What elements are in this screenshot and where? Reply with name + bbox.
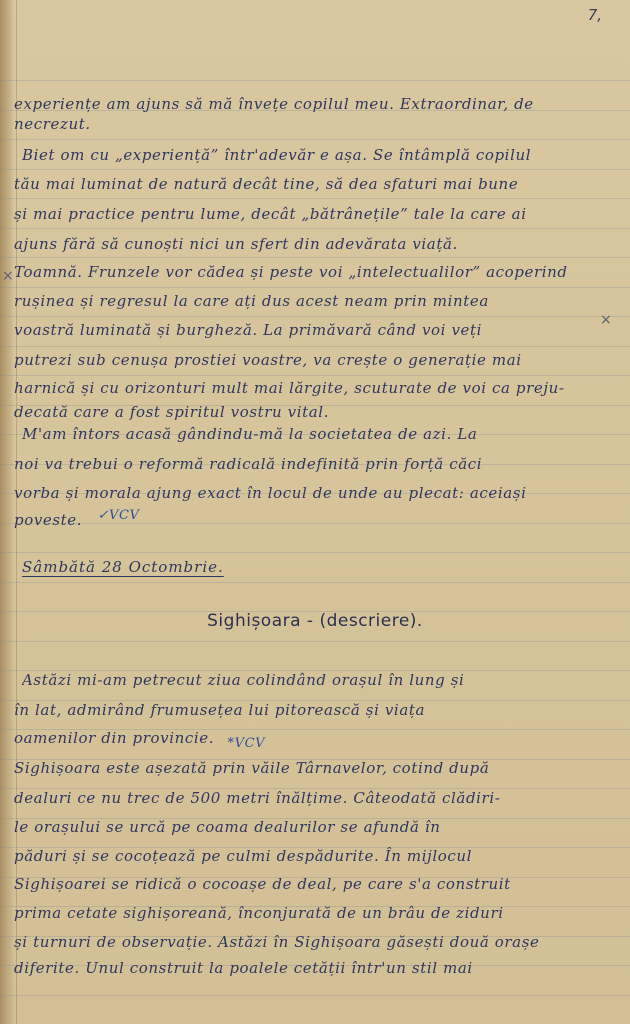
text-line: necrezut. — [14, 114, 620, 134]
margin-cross-mark: × — [600, 312, 612, 328]
text-line: noi va trebui o reformă radicală indefin… — [14, 454, 620, 474]
text-line: M'am întors acasă gândindu-mă la societa… — [22, 424, 620, 444]
text-line: rușinea și regresul la care ați dus aces… — [14, 291, 620, 311]
text-line: dealuri ce nu trec de 500 metri înălțime… — [14, 788, 620, 808]
text-line: diferite. Unul construit la poalele cetă… — [14, 958, 620, 978]
text-line: și mai practice pentru lume, decât „bătr… — [14, 204, 620, 224]
ruled-line — [0, 582, 630, 583]
page-number: 7, — [588, 6, 602, 24]
text-line: putrezi sub cenușa prostiei voastre, va … — [14, 350, 620, 370]
margin-cross-mark: × — [2, 268, 14, 284]
text-line: și turnuri de observație. Astăzi în Sigh… — [14, 932, 620, 952]
text-line: voastră luminată și burgheză. La primăva… — [14, 320, 620, 340]
text-line: Sighișoara este așezată prin văile Târna… — [14, 758, 620, 778]
text-line: în lat, admirând frumusețea lui pitoreas… — [14, 700, 620, 720]
text-line: decată care a fost spiritul vostru vital… — [14, 402, 620, 422]
ruled-line — [0, 346, 630, 347]
text-line: Biet om cu „experiență” într'adevăr e aș… — [22, 145, 620, 165]
text-line: ajuns fără să cunoști nici un sfert din … — [14, 234, 620, 254]
text-line: vorba și morala ajung exact în locul de … — [14, 483, 620, 503]
ruled-line — [0, 257, 630, 258]
ruled-line — [0, 139, 630, 140]
text-fragment: oamenilor din provincie. — [14, 729, 214, 747]
signature-mark: ✓VCV — [98, 508, 140, 523]
ruled-line — [0, 995, 630, 996]
ruled-line — [0, 375, 630, 376]
inline-asterisk-mark: *VCV — [227, 736, 265, 751]
text-line-with-mark: oamenilor din provincie. *VCV — [14, 728, 620, 754]
diary-page: 7, experiențe am ajuns să mă învețe copi… — [0, 0, 630, 1024]
text-line: Astăzi mi-am petrecut ziua colindând ora… — [22, 670, 620, 690]
text-line: prima cetate sighișoreană, înconjurată d… — [14, 903, 620, 923]
text-line-last: poveste. ✓VCV — [14, 506, 620, 530]
text-line: harnică și cu orizonturi mult mai lărgit… — [14, 378, 620, 398]
ruled-line — [0, 169, 630, 170]
ruled-line — [0, 80, 630, 81]
ruled-line — [0, 552, 630, 553]
text-line: le orașului se urcă pe coama dealurilor … — [14, 817, 620, 837]
text-line: tău mai luminat de natură decât tine, să… — [14, 174, 620, 194]
text-fragment: poveste. — [14, 511, 82, 529]
ruled-line — [0, 287, 630, 288]
entry-date-heading: Sâmbătă 28 Octombrie. — [22, 558, 224, 576]
page-binding-shadow — [0, 0, 14, 1024]
text-line: Sighișoarei se ridică o cocoașe de deal,… — [14, 874, 620, 894]
ruled-line — [0, 198, 630, 199]
entry-title: Sighișoara - (descriere). — [0, 611, 630, 631]
text-line: Toamnă. Frunzele vor cădea și peste voi … — [14, 262, 620, 282]
ruled-line — [0, 316, 630, 317]
ruled-line — [0, 228, 630, 229]
text-line: experiențe am ajuns să mă învețe copilul… — [14, 94, 620, 114]
text-line: păduri și se cocoțează pe culmi despădur… — [14, 846, 620, 866]
ruled-line — [0, 641, 630, 642]
